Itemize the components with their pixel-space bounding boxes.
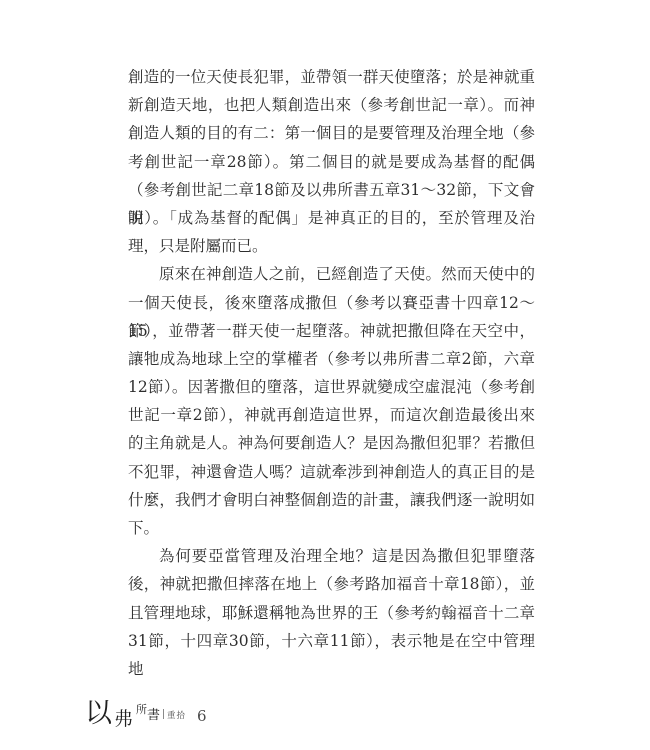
footer-logo-char-shu: 書 xyxy=(147,709,160,722)
page-number: 6 xyxy=(197,709,207,724)
text-line: 原來在神創造人之前，已經創造了天使。然而天使中的 xyxy=(128,260,535,288)
text-line: 一個天使長，後來墮落成撒但（參考以賽亞書十四章12～15 xyxy=(128,289,535,317)
text-line: 明）。「成為基督的配偶」是神真正的目的，至於管理及治 xyxy=(128,204,535,232)
text-line: 創造的一位天使長犯罪，並帶領一群天使墮落；於是神就重 xyxy=(128,63,535,91)
text-line: 節），並帶著一群天使一起墮落。神就把撒但降在天空中， xyxy=(128,317,535,345)
text-line: 理，只是附屬而已。 xyxy=(128,232,535,260)
footer-logo-char-suo: 所 xyxy=(136,704,147,715)
footer-logo-char-fu: 弗 xyxy=(114,710,133,729)
text-line: 世記一章2節），神就再創造這世界，而這次創造最後出來 xyxy=(128,401,535,429)
book-page: 創造的一位天使長犯罪，並帶領一群天使墮落；於是神就重新創造天地，也把人類創造出來… xyxy=(0,0,650,750)
text-line: 新創造天地，也把人類創造出來（參考創世記一章）。而神 xyxy=(128,91,535,119)
text-line: 讓牠成為地球上空的掌權者（參考以弗所書二章2節，六章 xyxy=(128,345,535,373)
footer-series-label: 重拾 xyxy=(167,712,186,721)
text-line: 為何要亞當管理及治理全地？這是因為撒但犯罪墮落 xyxy=(128,542,535,570)
text-line: 考創世記一章28節）。第二個目的就是要成為基督的配偶 xyxy=(128,148,535,176)
text-line: 12節）。因著撒但的墮落，這世界就變成空虛混沌（參考創 xyxy=(128,373,535,401)
text-line: 什麼，我們才會明白神整個創造的計畫，讓我們逐一說明如 xyxy=(128,486,535,514)
page-footer: 以 弗 所 書 重拾 6 xyxy=(85,692,207,726)
body-text: 創造的一位天使長犯罪，並帶領一群天使墮落；於是神就重新創造天地，也把人類創造出來… xyxy=(128,63,535,655)
footer-divider xyxy=(163,709,164,719)
text-line: 且管理地球，耶穌還稱牠為世界的王（參考約翰福音十二章 xyxy=(128,599,535,627)
text-line: 的主角就是人。神為何要創造人？是因為撒但犯罪？若撒但 xyxy=(128,429,535,457)
text-line: 創造人類的目的有二：第一個目的是要管理及治理全地（參 xyxy=(128,119,535,147)
text-line: 31節，十四章30節，十六章11節），表示牠是在空中管理地 xyxy=(128,627,535,655)
text-line: 後，神就把撒但摔落在地上（參考路加福音十章18節），並 xyxy=(128,570,535,598)
text-line: （參考創世記二章18節及以弗所書五章31～32節，下文會說 xyxy=(128,176,535,204)
text-line: 不犯罪，神還會造人嗎？這就牽涉到神創造人的真正目的是 xyxy=(128,458,535,486)
footer-logo-char-yi: 以 xyxy=(85,700,112,727)
text-line: 下。 xyxy=(128,514,535,542)
